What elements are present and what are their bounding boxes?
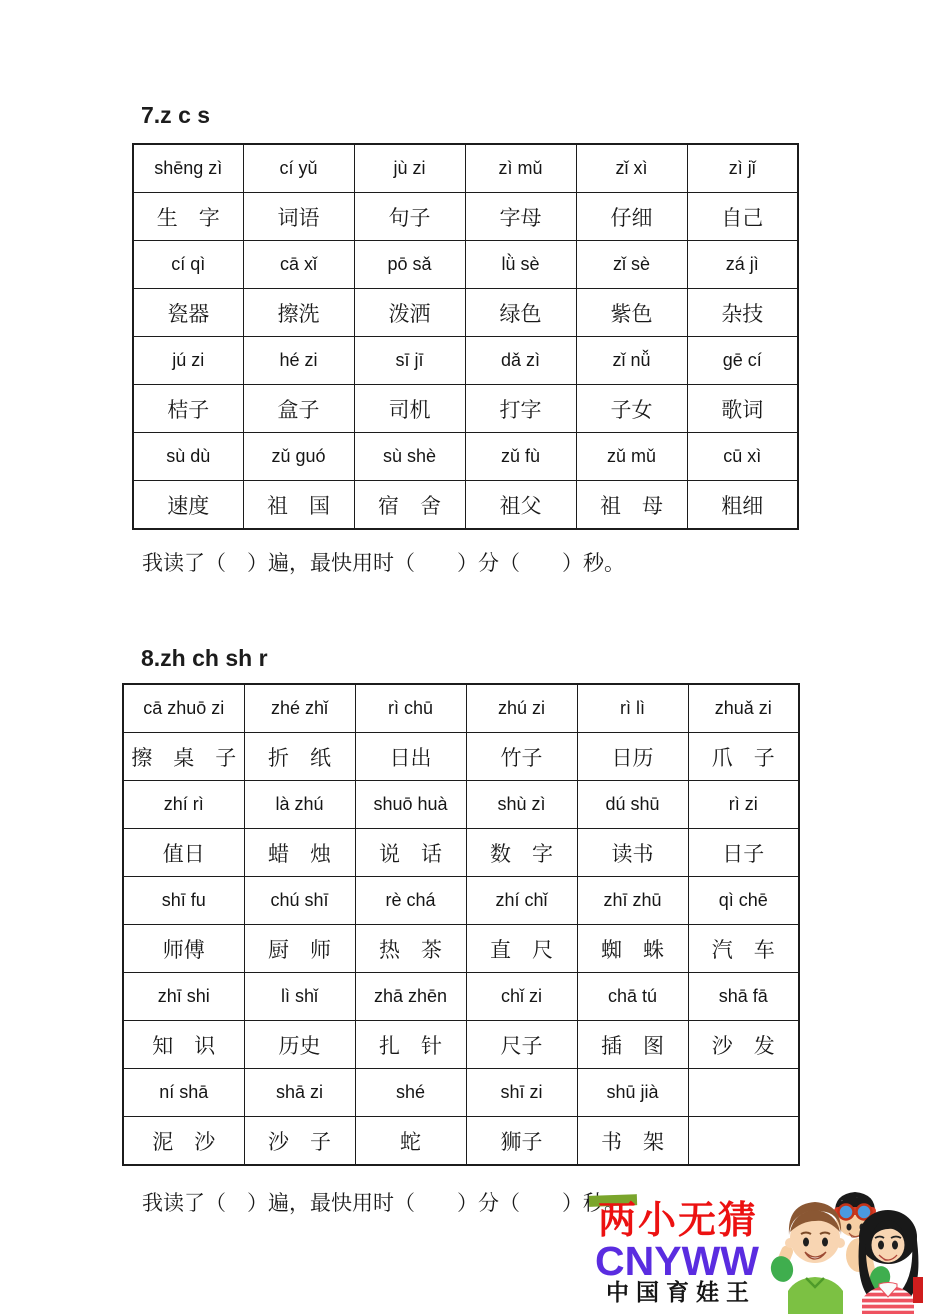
word-cell: 紫色 — [576, 289, 687, 337]
red-bar — [913, 1277, 923, 1303]
word-cell: 擦 桌 子 — [123, 733, 244, 781]
word-cell: sī jī — [354, 337, 465, 385]
word-cell: shēng zì — [133, 144, 243, 193]
word-cell: sù dù — [133, 433, 243, 481]
word-cell: zǐ sè — [576, 241, 687, 289]
word-cell: 盒子 — [243, 385, 354, 433]
word-cell: rì zi — [688, 781, 799, 829]
word-cell: zhuǎ zi — [688, 684, 799, 733]
word-cell: zǔ fù — [465, 433, 576, 481]
word-cell: 值日 — [123, 829, 244, 877]
word-cell — [688, 1117, 799, 1166]
word-cell: shā zi — [244, 1069, 355, 1117]
word-cell: 狮子 — [466, 1117, 577, 1166]
hanzi-row: 擦 桌 子折 纸日出竹子日历爪 子 — [123, 733, 799, 781]
boy-with-goggles-icon — [834, 1192, 877, 1280]
pinyin-row: ní shāshā zishéshī zishū jià — [123, 1069, 799, 1117]
green-mitt-icon — [867, 1263, 893, 1292]
word-cell: 司机 — [354, 385, 465, 433]
section-7-title: 7.z c s — [141, 102, 210, 129]
word-cell: shù zì — [466, 781, 577, 829]
word-cell: 数 字 — [466, 829, 577, 877]
word-cell: zhí rì — [123, 781, 244, 829]
word-cell: jú zi — [133, 337, 243, 385]
word-cell: 读书 — [577, 829, 688, 877]
word-cell: shé — [355, 1069, 466, 1117]
word-cell: 插 图 — [577, 1021, 688, 1069]
word-cell: zǐ xì — [576, 144, 687, 193]
pinyin-row: zhī shilì shǐzhā zhēnchǐ zichā túshā fā — [123, 973, 799, 1021]
word-cell: ní shā — [123, 1069, 244, 1117]
word-cell: 爪 子 — [688, 733, 799, 781]
hanzi-row: 速度祖 国宿 舍祖父祖 母粗细 — [133, 481, 798, 530]
word-cell: 祖父 — [465, 481, 576, 530]
hanzi-row: 瓷器擦洗泼洒绿色紫色杂技 — [133, 289, 798, 337]
pinyin-row: shēng zìcí yǔjù zizì mǔzǐ xìzì jǐ — [133, 144, 798, 193]
pinyin-row: cā zhuō zizhé zhǐrì chūzhú zirì lìzhuǎ z… — [123, 684, 799, 733]
word-cell: 折 纸 — [244, 733, 355, 781]
brand-name-english: CNYWW — [595, 1241, 759, 1282]
word-cell: cā xǐ — [243, 241, 354, 289]
word-cell: chú shī — [244, 877, 355, 925]
word-cell: 说 话 — [355, 829, 466, 877]
word-cell: cí yǔ — [243, 144, 354, 193]
word-cell: 词语 — [243, 193, 354, 241]
word-cell: 沙 子 — [244, 1117, 355, 1166]
word-cell: lì shǐ — [244, 973, 355, 1021]
word-cell: gē cí — [687, 337, 798, 385]
word-cell: zì mǔ — [465, 144, 576, 193]
word-cell: 蛇 — [355, 1117, 466, 1166]
pinyin-row: sù dùzǔ guósù shèzǔ fùzǔ mǔcū xì — [133, 433, 798, 481]
hanzi-row: 师傅厨 师热 茶直 尺蜘 蛛汽 车 — [123, 925, 799, 973]
word-cell: shī zi — [466, 1069, 577, 1117]
word-cell: zhī zhū — [577, 877, 688, 925]
word-cell: 厨 师 — [244, 925, 355, 973]
word-cell: rè chá — [355, 877, 466, 925]
word-cell: zhā zhēn — [355, 973, 466, 1021]
word-cell: 祖 国 — [243, 481, 354, 530]
word-cell: 打字 — [465, 385, 576, 433]
dad-icon — [768, 1202, 845, 1314]
word-cell: 生 字 — [133, 193, 243, 241]
hanzi-row: 泥 沙沙 子蛇狮子书 架 — [123, 1117, 799, 1166]
word-cell: 日子 — [688, 829, 799, 877]
mom-icon — [859, 1210, 919, 1314]
section-8-title: 8.zh ch sh r — [141, 645, 268, 672]
word-cell: zhí chǐ — [466, 877, 577, 925]
word-cell: dǎ zì — [465, 337, 576, 385]
word-cell: lǜ sè — [465, 241, 576, 289]
word-cell: 沙 发 — [688, 1021, 799, 1069]
word-cell: 泼洒 — [354, 289, 465, 337]
word-cell: shā fā — [688, 973, 799, 1021]
word-cell: là zhú — [244, 781, 355, 829]
word-cell: shuō huà — [355, 781, 466, 829]
word-cell: sù shè — [354, 433, 465, 481]
word-cell: rì chū — [355, 684, 466, 733]
word-cell: zì jǐ — [687, 144, 798, 193]
word-cell: 速度 — [133, 481, 243, 530]
word-cell: chā tú — [577, 973, 688, 1021]
word-cell: 知 识 — [123, 1021, 244, 1069]
word-cell: 自己 — [687, 193, 798, 241]
word-cell: 日历 — [577, 733, 688, 781]
pinyin-row: cí qìcā xǐpō sǎlǜ sèzǐ sèzá jì — [133, 241, 798, 289]
hanzi-row: 桔子盒子司机打字子女歌词 — [133, 385, 798, 433]
reading-record-line-7: 我读了（ ）遍，最快用时（ ）分（ ）秒。 — [142, 547, 625, 577]
word-cell: pō sǎ — [354, 241, 465, 289]
hanzi-row: 值日蜡 烛说 话数 字读书日子 — [123, 829, 799, 877]
word-cell: 杂技 — [687, 289, 798, 337]
word-cell: shū jià — [577, 1069, 688, 1117]
word-cell: 歌词 — [687, 385, 798, 433]
word-cell: 书 架 — [577, 1117, 688, 1166]
word-cell: jù zi — [354, 144, 465, 193]
word-cell: 尺子 — [466, 1021, 577, 1069]
word-cell: 句子 — [354, 193, 465, 241]
word-cell: 日出 — [355, 733, 466, 781]
word-cell: 蜘 蛛 — [577, 925, 688, 973]
cartoon-family-icon — [762, 1185, 929, 1314]
word-cell: 蜡 烛 — [244, 829, 355, 877]
word-cell: 瓷器 — [133, 289, 243, 337]
word-cell: 泥 沙 — [123, 1117, 244, 1166]
word-cell: zǔ mǔ — [576, 433, 687, 481]
word-cell: zǐ nǚ — [576, 337, 687, 385]
word-cell: zǔ guó — [243, 433, 354, 481]
word-cell: 粗细 — [687, 481, 798, 530]
word-cell: zhé zhǐ — [244, 684, 355, 733]
word-cell: 仔细 — [576, 193, 687, 241]
pinyin-row: jú zihé zisī jīdǎ zìzǐ nǚgē cí — [133, 337, 798, 385]
word-cell: 祖 母 — [576, 481, 687, 530]
word-cell: 历史 — [244, 1021, 355, 1069]
word-cell: 热 茶 — [355, 925, 466, 973]
word-cell: shī fu — [123, 877, 244, 925]
worksheet-page: 7.z c s shēng zìcí yǔjù zizì mǔzǐ xìzì j… — [0, 0, 929, 1314]
word-cell: chǐ zi — [466, 973, 577, 1021]
word-cell: zhī shi — [123, 973, 244, 1021]
word-cell: zá jì — [687, 241, 798, 289]
hanzi-row: 生 字词语句子字母仔细自己 — [133, 193, 798, 241]
pinyin-word-table-8: cā zhuō zizhé zhǐrì chūzhú zirì lìzhuǎ z… — [122, 683, 800, 1166]
word-cell: 子女 — [576, 385, 687, 433]
word-cell: dú shū — [577, 781, 688, 829]
word-cell: 汽 车 — [688, 925, 799, 973]
word-cell: 宿 舍 — [354, 481, 465, 530]
word-cell — [688, 1069, 799, 1117]
word-cell: 竹子 — [466, 733, 577, 781]
word-cell: 师傅 — [123, 925, 244, 973]
hanzi-row: 知 识历史扎 针尺子插 图沙 发 — [123, 1021, 799, 1069]
word-cell: zhú zi — [466, 684, 577, 733]
word-cell: qì chē — [688, 877, 799, 925]
word-cell: 字母 — [465, 193, 576, 241]
word-cell: hé zi — [243, 337, 354, 385]
word-cell: 擦洗 — [243, 289, 354, 337]
word-cell: cí qì — [133, 241, 243, 289]
word-cell: 扎 针 — [355, 1021, 466, 1069]
pinyin-row: zhí rìlà zhúshuō huàshù zìdú shūrì zi — [123, 781, 799, 829]
reading-record-line-8: 我读了（ ）遍，最快用时（ ）分（ ）秒。 — [142, 1187, 625, 1217]
word-cell: 桔子 — [133, 385, 243, 433]
word-cell: 直 尺 — [466, 925, 577, 973]
pinyin-word-table-7: shēng zìcí yǔjù zizì mǔzǐ xìzì jǐ生 字词语句子… — [132, 143, 799, 530]
brand-subtitle: 中国育娃王 — [606, 1280, 756, 1305]
word-cell: cā zhuō zi — [123, 684, 244, 733]
pinyin-row: shī fuchú shīrè cházhí chǐzhī zhūqì chē — [123, 877, 799, 925]
word-cell: cū xì — [687, 433, 798, 481]
word-cell: 绿色 — [465, 289, 576, 337]
word-cell: rì lì — [577, 684, 688, 733]
